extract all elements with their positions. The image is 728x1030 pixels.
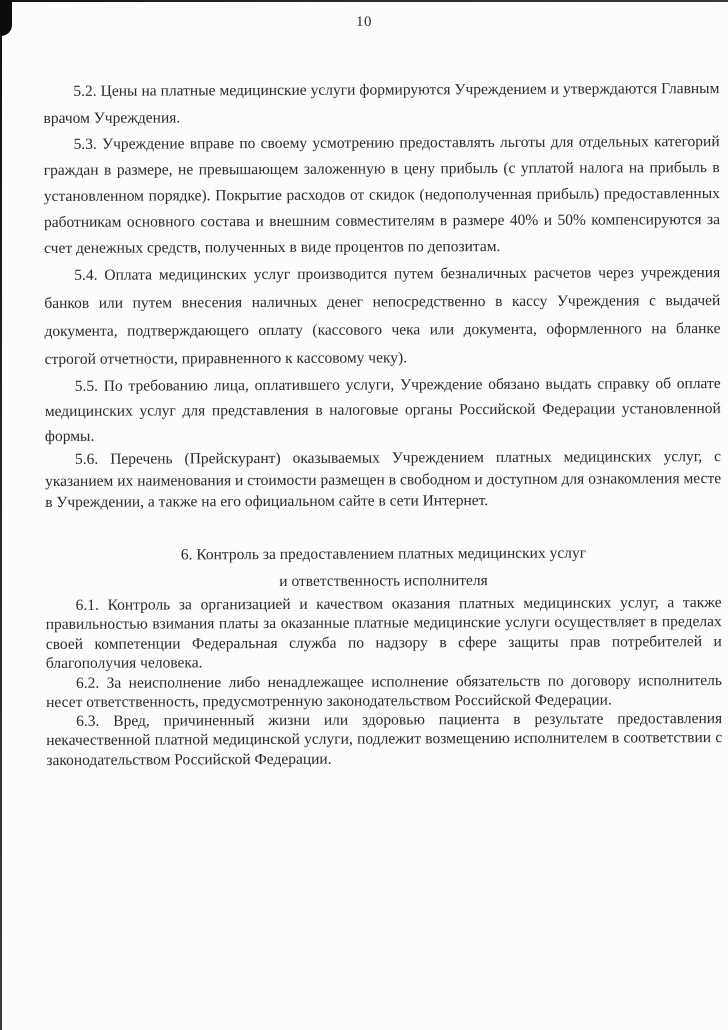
paragraph-6-3: 6.3. Вред, причиненный жизни или здоровь… — [46, 709, 722, 770]
section-heading: 6. Контроль за предоставлением платных м… — [45, 539, 721, 596]
paragraph-5-6: 5.6. Перечень (Прейскурант) оказываемых … — [45, 446, 721, 513]
document-body: 5.2. Цены на платные медицинские услуги … — [43, 0, 722, 770]
paragraph-5-2: 5.2. Цены на платные медицинские услуги … — [43, 75, 719, 132]
paragraph-5-4: 5.4. Оплата медицинских услуг производит… — [44, 259, 720, 374]
document-page: 10 5.2. Цены на платные медицинские услу… — [0, 0, 728, 1030]
paragraph-6-1: 6.1. Контроль за организацией и качество… — [46, 593, 722, 674]
section-heading-line-1: 6. Контроль за предоставлением платных м… — [45, 539, 721, 569]
paragraph-5-3: 5.3. Учреждение вправе по своему усмотре… — [44, 129, 721, 262]
section-heading-line-2: и ответственность исполнителя — [45, 566, 721, 596]
scan-artifact-left-edge — [0, 0, 2, 1030]
paragraph-5-5: 5.5. По требованию лица, оплатившего усл… — [45, 371, 721, 449]
paragraph-6-2: 6.2. За неисполнение либо ненадлежащее и… — [46, 671, 722, 712]
